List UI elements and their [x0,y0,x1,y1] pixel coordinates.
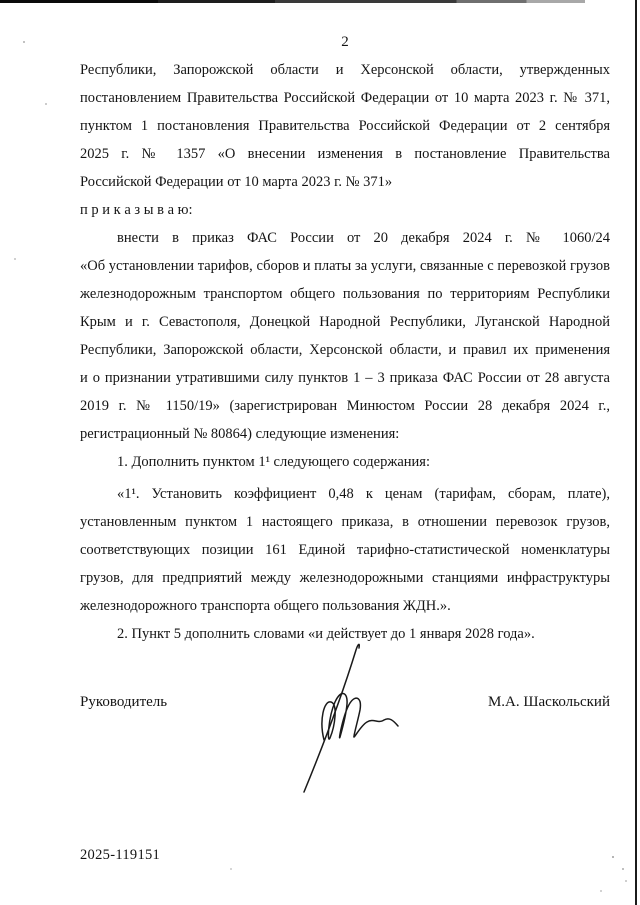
text-line: пунктом 1 постановления Правительства Ро… [80,112,610,140]
document-body: Республики, Запорожской области и Херсон… [80,56,610,648]
text-line: 2025 г. № 1357 «О внесении изменения в п… [80,140,610,168]
scan-edge-top [0,0,585,3]
document-page: 2 Республики, Запорожской области и Херс… [0,0,640,905]
text-line: 2019 г. № 1150/19» (зарегистрирован Миню… [80,392,610,420]
text-line: Республики, Запорожской области, Херсонс… [80,336,610,364]
text-line: Российской Федерации от 10 марта 2023 г.… [80,168,610,196]
text-line: внести в приказ ФАС России от 20 декабря… [80,224,610,252]
scan-edge-right [635,0,637,905]
text-line: «1¹. Установить коэффициент 0,48 к ценам… [80,480,610,508]
text-line: «Об установлении тарифов, сборов и платы… [80,252,610,280]
text-line: Республики, Запорожской области и Херсон… [80,56,610,84]
scan-artifacts [23,41,25,43]
text-line: Крым и г. Севастополя, Донецкой Народной… [80,308,610,336]
signer-name: М.А. Шаскольский [488,688,610,716]
decree-word: п р и к а з ы в а ю: [80,196,610,224]
text-line: соответствующих позиции 161 Единой тариф… [80,536,610,564]
page-number: 2 [80,33,610,51]
text-line: железнодорожным транспортом общего польз… [80,280,610,308]
signer-role: Руководитель [80,688,167,716]
text-line: железнодорожного транспорта общего польз… [80,592,610,620]
text-line: постановлением Правительства Российской … [80,84,610,112]
amendment-item-1: 1. Дополнить пунктом 1¹ следующего содер… [80,448,610,476]
order-amendment-paragraph: внести в приказ ФАС России от 20 декабря… [80,224,610,448]
text-line: установленным пунктом 1 настоящего прика… [80,508,610,536]
document-code: 2025-119151 [80,846,160,864]
handwritten-signature [288,640,428,800]
text-line: грузов, для предприятий между железнодор… [80,564,610,592]
paragraph-continuation: Республики, Запорожской области и Херсон… [80,56,610,224]
text-line: регистрационный № 80864) следующие измен… [80,420,610,448]
coefficient-paragraph: «1¹. Установить коэффициент 0,48 к ценам… [80,480,610,648]
text-line: и о признании утратившими силу пунктов 1… [80,364,610,392]
